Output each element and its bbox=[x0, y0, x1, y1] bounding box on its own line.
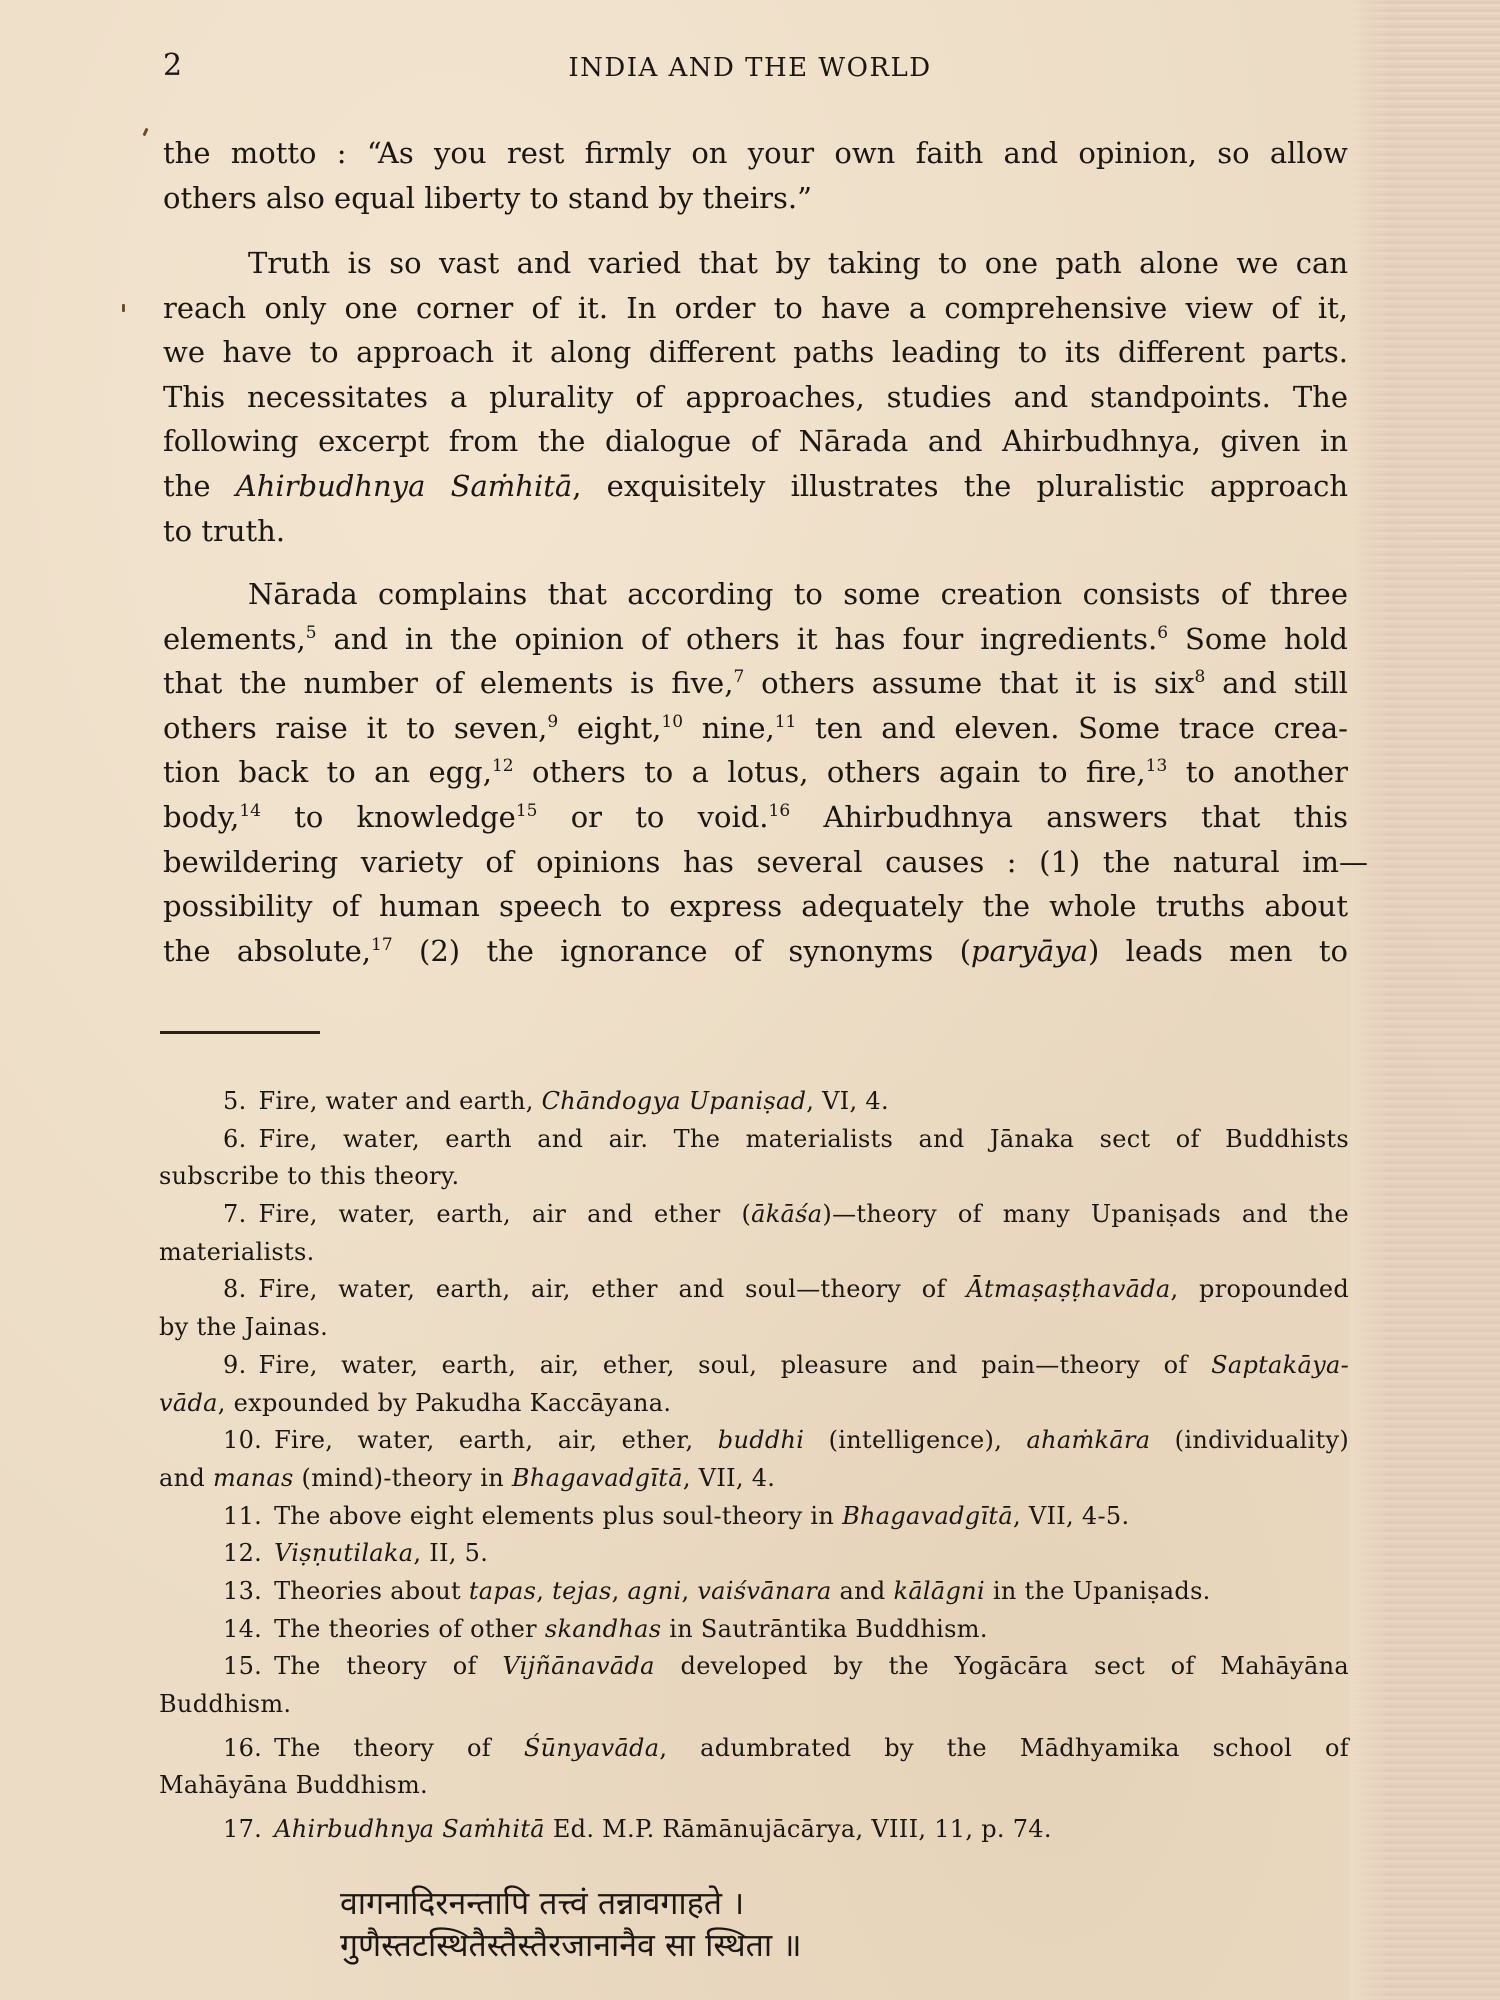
italic-title: Bhagavadgītā bbox=[842, 1502, 1013, 1530]
text-run: , propounded bbox=[1170, 1275, 1349, 1303]
margin-mark bbox=[122, 304, 125, 312]
paragraph-narada: Nārada complains that according to some … bbox=[163, 572, 1348, 973]
italic-term: agni bbox=[627, 1577, 681, 1605]
italic-term: tejas bbox=[552, 1577, 611, 1605]
footnote-ref[interactable]: 5 bbox=[306, 623, 317, 643]
italic-title: Chāndogya Upaniṣad bbox=[542, 1087, 807, 1115]
text-line: Truth is so vast and varied that by taki… bbox=[163, 241, 1348, 286]
italic-title: Viṣṇutilaka bbox=[274, 1539, 413, 1567]
text-line: others also equal liberty to stand by th… bbox=[163, 176, 1348, 221]
italic-term: Saptakāya- bbox=[1211, 1351, 1349, 1379]
italic-term: tapas bbox=[469, 1577, 536, 1605]
text-run: , exquisitely illustrates the pluralisti… bbox=[572, 469, 1348, 503]
text-line: others raise it to seven,9 eight,10 nine… bbox=[163, 706, 1348, 751]
text-run: the absolute, bbox=[163, 934, 371, 968]
italic-title: Ahirbudhnya Saṁhitā bbox=[236, 469, 572, 503]
footnote-number: 15. bbox=[223, 1648, 262, 1686]
text-run: and in the opinion of others it has four… bbox=[317, 622, 1158, 656]
italic-term: Śūnyavāda bbox=[524, 1734, 659, 1762]
footnote-ref[interactable]: 11 bbox=[775, 712, 797, 732]
text-line: Nārada complains that according to some … bbox=[163, 572, 1348, 617]
verse-line-1: वागनादिरनन्तापि तत्त्वं तन्नावगाहते । bbox=[340, 1882, 802, 1924]
text-run: developed by the Yogācāra sect of Mahāyā… bbox=[655, 1652, 1349, 1680]
text-run: , adumbrated by the Mādhyamika school of bbox=[659, 1734, 1349, 1762]
text-run: )—theory of many Upaniṣads and the bbox=[822, 1200, 1349, 1228]
text-run: Fire, water and earth, bbox=[259, 1087, 542, 1115]
text-line: body,14 to knowledge15 or to void.16 Ahi… bbox=[163, 795, 1348, 840]
footnote-5: 5.Fire, water and earth, Chāndogya Upani… bbox=[159, 1083, 1349, 1121]
footnote-ref[interactable]: 13 bbox=[1146, 756, 1168, 776]
footnote-number: 13. bbox=[223, 1573, 262, 1611]
sanskrit-verse: वागनादिरनन्तापि तत्त्वं तन्नावगाहते । गु… bbox=[340, 1882, 802, 1966]
text-run: to another bbox=[1167, 755, 1348, 789]
footnote-7: 7.Fire, water, earth, air and ether (ākā… bbox=[159, 1196, 1349, 1234]
text-run: Ahirbudhnya answers that this bbox=[790, 800, 1348, 834]
italic-term: kālāgni bbox=[893, 1577, 984, 1605]
italic-term: buddhi bbox=[718, 1426, 804, 1454]
footnote-10-cont: and manas (mind)-theory in Bhagavadgītā,… bbox=[159, 1460, 1349, 1498]
text-run: The theory of bbox=[274, 1652, 502, 1680]
footnote-ref[interactable]: 9 bbox=[547, 712, 558, 732]
text-run: to knowledge bbox=[261, 800, 516, 834]
text-run: nine, bbox=[683, 711, 775, 745]
italic-term: manas bbox=[213, 1464, 294, 1492]
text-line: to truth. bbox=[163, 509, 1348, 554]
italic-term: Vijñānavāda bbox=[502, 1652, 654, 1680]
text-run: in Sautrāntika Buddhism. bbox=[661, 1615, 987, 1643]
text-run: that the number of elements is five, bbox=[163, 666, 733, 700]
text-line: the absolute,17 (2) the ignorance of syn… bbox=[163, 929, 1348, 974]
text-run: tion back to an egg, bbox=[163, 755, 492, 789]
footnote-10: 10.Fire, water, earth, air, ether, buddh… bbox=[159, 1422, 1349, 1460]
footnote-15-cont: Buddhism. bbox=[159, 1686, 1349, 1724]
paragraph-truth: Truth is so vast and varied that by taki… bbox=[163, 241, 1348, 553]
footnote-number: 17. bbox=[223, 1811, 262, 1849]
paragraph-motto: the motto : “As you rest firmly on your … bbox=[163, 131, 1348, 220]
scan-edge-shadow bbox=[1350, 0, 1500, 2000]
text-run: , VII, 4. bbox=[683, 1464, 775, 1492]
text-run: Theories about bbox=[274, 1577, 469, 1605]
text-line: bewildering variety of opinions has seve… bbox=[163, 840, 1368, 885]
running-head-text: INDIA AND THE WORLD bbox=[568, 50, 931, 86]
footnote-ref[interactable]: 8 bbox=[1195, 667, 1206, 687]
footnote-13: 13.Theories about tapas, tejas, agni, va… bbox=[159, 1573, 1349, 1611]
footnote-ref[interactable]: 14 bbox=[239, 801, 261, 821]
text-run: Ed. M.P. Rāmānujācārya, VIII, 11, p. 74. bbox=[545, 1815, 1052, 1843]
footnote-8: 8.Fire, water, earth, air, ether and sou… bbox=[159, 1271, 1349, 1309]
text-run: body, bbox=[163, 800, 239, 834]
text-run: , bbox=[536, 1577, 552, 1605]
footnote-divider bbox=[160, 1031, 320, 1034]
text-run: Fire, water, earth, air, ether, bbox=[274, 1426, 718, 1454]
italic-term: vaiśvānara bbox=[697, 1577, 831, 1605]
italic-term: ahaṁkāra bbox=[1026, 1426, 1150, 1454]
text-line: possibility of human speech to express a… bbox=[163, 884, 1348, 929]
footnote-16-cont: Mahāyāna Buddhism. bbox=[159, 1767, 1349, 1805]
text-line: we have to approach it along different p… bbox=[163, 330, 1348, 375]
footnote-14: 14.The theories of other skandhas in Sau… bbox=[159, 1611, 1349, 1649]
text-run: others assume that it is six bbox=[744, 666, 1194, 700]
text-line: the Ahirbudhnya Saṁhitā, exquisitely ill… bbox=[163, 464, 1348, 509]
footnote-number: 16. bbox=[223, 1730, 262, 1768]
text-run: , bbox=[612, 1577, 628, 1605]
text-run: The theories of other bbox=[274, 1615, 545, 1643]
text-run: , bbox=[681, 1577, 697, 1605]
text-run: elements, bbox=[163, 622, 306, 656]
text-line: tion back to an egg,12 others to a lotus… bbox=[163, 750, 1348, 795]
italic-term: skandhas bbox=[545, 1615, 661, 1643]
footnote-ref[interactable]: 15 bbox=[516, 801, 538, 821]
text-run: and still bbox=[1205, 666, 1348, 700]
text-run: Fire, water, earth, air and ether ( bbox=[259, 1200, 752, 1228]
text-run: , expounded by Pakudha Kaccāyana. bbox=[218, 1389, 672, 1417]
footnote-ref[interactable]: 7 bbox=[733, 667, 744, 687]
italic-term: vāda bbox=[159, 1389, 218, 1417]
text-run: and bbox=[832, 1577, 894, 1605]
italic-term: paryāya bbox=[971, 934, 1088, 968]
footnote-ref[interactable]: 17 bbox=[371, 935, 393, 955]
footnote-6: 6.Fire, water, earth and air. The materi… bbox=[159, 1121, 1349, 1159]
text-run: others to a lotus, others again to fire, bbox=[514, 755, 1146, 789]
text-line: the motto : “As you rest firmly on your … bbox=[163, 131, 1348, 176]
footnote-number: 10. bbox=[223, 1422, 262, 1460]
text-run: , VII, 4-5. bbox=[1013, 1502, 1129, 1530]
italic-title: Ahirbudhnya Saṁhitā bbox=[274, 1815, 545, 1843]
text-run: (intelligence), bbox=[804, 1426, 1026, 1454]
text-run: The above eight elements plus soul-theor… bbox=[274, 1502, 842, 1530]
text-run: the bbox=[163, 469, 236, 503]
text-run: others raise it to seven, bbox=[163, 711, 547, 745]
text-run: The theory of bbox=[274, 1734, 524, 1762]
footnote-6-cont: subscribe to this theory. bbox=[159, 1158, 1349, 1196]
footnote-ref[interactable]: 12 bbox=[492, 756, 514, 776]
footnote-ref[interactable]: 6 bbox=[1157, 623, 1168, 643]
text-run: in the Upaniṣads. bbox=[985, 1577, 1211, 1605]
verse-line-2: गुणैस्तटस्थितैस्तैस्तैरजानानैव सा स्थिता… bbox=[340, 1924, 802, 1966]
text-run: , II, 5. bbox=[413, 1539, 488, 1567]
footnote-number: 14. bbox=[223, 1611, 262, 1649]
text-run: (individuality) bbox=[1150, 1426, 1349, 1454]
footnotes: 5.Fire, water and earth, Chāndogya Upani… bbox=[159, 1083, 1349, 1849]
footnote-7-cont: materialists. bbox=[159, 1234, 1349, 1272]
text-line: elements,5 and in the opinion of others … bbox=[163, 617, 1348, 662]
text-line: This necessitates a plurality of approac… bbox=[163, 375, 1348, 420]
footnote-8-cont: by the Jainas. bbox=[159, 1309, 1349, 1347]
text-run: (2) the ignorance of synonyms ( bbox=[393, 934, 971, 968]
text-run: and bbox=[159, 1464, 213, 1492]
footnote-number: 6. bbox=[223, 1121, 247, 1159]
text-run: Fire, water, earth and air. The material… bbox=[259, 1125, 1350, 1153]
text-run: Some hold bbox=[1168, 622, 1348, 656]
footnote-ref[interactable]: 16 bbox=[769, 801, 791, 821]
text-line: that the number of elements is five,7 ot… bbox=[163, 661, 1348, 706]
footnote-15: 15.The theory of Vijñānavāda developed b… bbox=[159, 1648, 1349, 1686]
text-line: reach only one corner of it. In order to… bbox=[163, 286, 1348, 331]
text-run: ) leads men to bbox=[1088, 934, 1348, 968]
italic-term: ākāśa bbox=[751, 1200, 822, 1228]
footnote-number: 7. bbox=[223, 1196, 247, 1234]
text-run: (mind)-theory in bbox=[294, 1464, 512, 1492]
footnote-11: 11.The above eight elements plus soul-th… bbox=[159, 1498, 1349, 1536]
footnote-9: 9.Fire, water, earth, air, ether, soul, … bbox=[159, 1347, 1349, 1385]
footnote-number: 9. bbox=[223, 1347, 247, 1385]
footnote-number: 12. bbox=[223, 1535, 262, 1573]
text-run: eight, bbox=[558, 711, 661, 745]
text-line: following excerpt from the dialogue of N… bbox=[163, 419, 1348, 464]
footnote-number: 8. bbox=[223, 1271, 247, 1309]
footnote-12: 12.Viṣṇutilaka, II, 5. bbox=[159, 1535, 1349, 1573]
footnote-9-cont: vāda, expounded by Pakudha Kaccāyana. bbox=[159, 1385, 1349, 1423]
text-run: Fire, water, earth, air, ether, soul, pl… bbox=[259, 1351, 1212, 1379]
footnote-17: 17.Ahirbudhnya Saṁhitā Ed. M.P. Rāmānujā… bbox=[159, 1811, 1349, 1849]
running-head: INDIA AND THE WORLD bbox=[0, 50, 1500, 86]
footnote-number: 11. bbox=[223, 1498, 262, 1536]
text-run: , VI, 4. bbox=[806, 1087, 889, 1115]
italic-term: Ātmaṣaṣṭhavāda bbox=[966, 1275, 1170, 1303]
text-run: or to void. bbox=[537, 800, 768, 834]
text-run: Fire, water, earth, air, ether and soul—… bbox=[259, 1275, 967, 1303]
footnote-number: 5. bbox=[223, 1083, 247, 1121]
text-run: ten and eleven. Some trace crea- bbox=[796, 711, 1348, 745]
italic-title: Bhagavadgītā bbox=[512, 1464, 683, 1492]
footnote-16: 16.The theory of Śūnyavāda, adumbrated b… bbox=[159, 1730, 1349, 1768]
footnote-ref[interactable]: 10 bbox=[661, 712, 683, 732]
